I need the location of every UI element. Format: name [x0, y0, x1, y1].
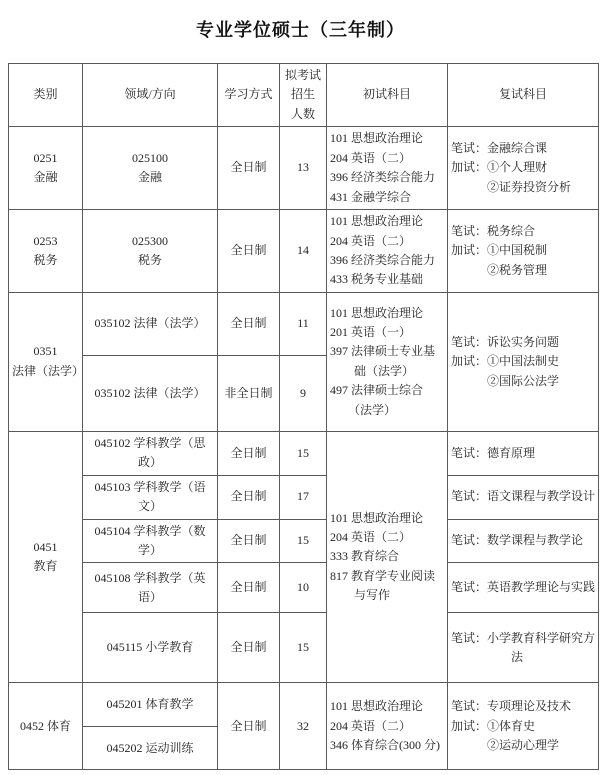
sports-quota-cell: 32 — [280, 683, 327, 770]
edu-field-cell-4: 045108 学科教学（英语） — [83, 563, 218, 613]
finance-category-cell: 0251 金融 — [9, 127, 83, 210]
finance-retest-cell: 笔试：金融综合课 加试：①个人理财 ②证券投资分析 — [448, 127, 599, 210]
row-edu-politics: 0451 教育 045102 学科教学（思政） 全日制 15 101 思想政治理… — [9, 431, 599, 475]
sports-field-cell-2: 045202 运动训练 — [83, 727, 218, 770]
law-mode-cell-1: 全日制 — [218, 292, 280, 355]
edu-retest-cell-3: 笔试：数学课程与教学论 — [448, 519, 599, 563]
finance-mode-cell: 全日制 — [218, 127, 280, 210]
sports-field-cell-1: 045201 体育教学 — [83, 683, 218, 727]
edu-quota-cell-1: 15 — [280, 431, 327, 475]
edu-retest-cell-1: 笔试：德育原理 — [448, 431, 599, 475]
sports-initial-exam-cell: 101 思想政治理论 204 英语（二） 346 体育综合(300 分) — [327, 683, 448, 770]
finance-initial-exam-cell: 101 思想政治理论 204 英语（二） 396 经济类综合能力 431 金融学… — [327, 127, 448, 210]
law-mode-cell-2: 非全日制 — [218, 355, 280, 431]
row-edu-primary: 045115 小学教育 全日制 15 笔试：小学教育科学研究方 法 — [9, 613, 599, 683]
edu-field-cell-2: 045103 学科教学（语文） — [83, 475, 218, 519]
edu-mode-cell-1: 全日制 — [218, 431, 280, 475]
page-title: 专业学位硕士（三年制） — [0, 0, 601, 42]
col-header-category: 类别 — [9, 64, 83, 127]
law-initial-exam-cell: 101 思想政治理论 201 英语（一） 397 法律硕士专业基 础（法学） 4… — [327, 292, 448, 431]
row-tax: 0253 税务 025300 税务 全日制 14 101 思想政治理论 204 … — [9, 210, 599, 293]
law-retest-cell: 笔试：诉讼实务问题 加试：①中国法制史 ②国际公法学 — [448, 292, 599, 431]
row-finance: 0251 金融 025100 金融 全日制 13 101 思想政治理论 204 … — [9, 127, 599, 210]
col-header-field: 领域/方向 — [83, 64, 218, 127]
edu-initial-exam-cell: 101 思想政治理论 204 英语（二） 333 教育综合 817 教育学专业阅… — [327, 431, 448, 683]
col-header-initial-exam: 初试科目 — [327, 64, 448, 127]
edu-retest-cell-2: 笔试：语文课程与教学设计 — [448, 475, 599, 519]
edu-category-cell: 0451 教育 — [9, 431, 83, 683]
law-quota-cell-2: 9 — [280, 355, 327, 431]
sports-category-cell: 0452 体育 — [9, 683, 83, 770]
law-field-cell-1: 035102 法律（法学） — [83, 292, 218, 355]
edu-quota-cell-4: 10 — [280, 563, 327, 613]
edu-quota-cell-5: 15 — [280, 613, 327, 683]
row-sports-teaching: 0452 体育 045201 体育教学 全日制 32 101 思想政治理论 20… — [9, 683, 599, 727]
col-header-study-mode: 学习方式 — [218, 64, 280, 127]
tax-quota-cell: 14 — [280, 210, 327, 293]
finance-field-cell: 025100 金融 — [83, 127, 218, 210]
edu-field-cell-1: 045102 学科教学（思政） — [83, 431, 218, 475]
tax-mode-cell: 全日制 — [218, 210, 280, 293]
finance-quota-cell: 13 — [280, 127, 327, 210]
tax-initial-exam-cell: 101 思想政治理论 204 英语（二） 396 经济类综合能力 433 税务专… — [327, 210, 448, 293]
edu-mode-cell-5: 全日制 — [218, 613, 280, 683]
edu-mode-cell-4: 全日制 — [218, 563, 280, 613]
law-quota-cell-1: 11 — [280, 292, 327, 355]
law-category-cell: 0351 法律（法学） — [9, 292, 83, 431]
row-edu-english: 045108 学科教学（英语） 全日制 10 笔试：英语教学理论与实践 — [9, 563, 599, 613]
edu-quota-cell-2: 17 — [280, 475, 327, 519]
col-header-retest: 复试科目 — [448, 64, 599, 127]
law-field-cell-2: 035102 法律（法学） — [83, 355, 218, 431]
tax-category-cell: 0253 税务 — [9, 210, 83, 293]
edu-retest-cell-4: 笔试：英语教学理论与实践 — [448, 563, 599, 613]
row-edu-chinese: 045103 学科教学（语文） 全日制 17 笔试：语文课程与教学设计 — [9, 475, 599, 519]
tax-field-cell: 025300 税务 — [83, 210, 218, 293]
edu-quota-cell-3: 15 — [280, 519, 327, 563]
edu-retest-cell-5: 笔试：小学教育科学研究方 法 — [448, 613, 599, 683]
edu-mode-cell-2: 全日制 — [218, 475, 280, 519]
row-law-fulltime: 0351 法律（法学） 035102 法律（法学） 全日制 11 101 思想政… — [9, 292, 599, 355]
col-header-quota: 拟考试 招生 人数 — [280, 64, 327, 127]
edu-mode-cell-3: 全日制 — [218, 519, 280, 563]
edu-field-cell-5: 045115 小学教育 — [83, 613, 218, 683]
admissions-table: 类别 领域/方向 学习方式 拟考试 招生 人数 初试科目 复试科目 0251 金… — [8, 63, 599, 770]
header-row: 类别 领域/方向 学习方式 拟考试 招生 人数 初试科目 复试科目 — [9, 64, 599, 127]
edu-field-cell-3: 045104 学科教学（数学） — [83, 519, 218, 563]
tax-retest-cell: 笔试：税务综合 加试：①中国税制 ②税务管理 — [448, 210, 599, 293]
row-edu-math: 045104 学科教学（数学） 全日制 15 笔试：数学课程与教学论 — [9, 519, 599, 563]
sports-retest-cell: 笔试：专项理论及技术 加试：①体育史 ②运动心理学 — [448, 683, 599, 770]
sports-mode-cell: 全日制 — [218, 683, 280, 770]
